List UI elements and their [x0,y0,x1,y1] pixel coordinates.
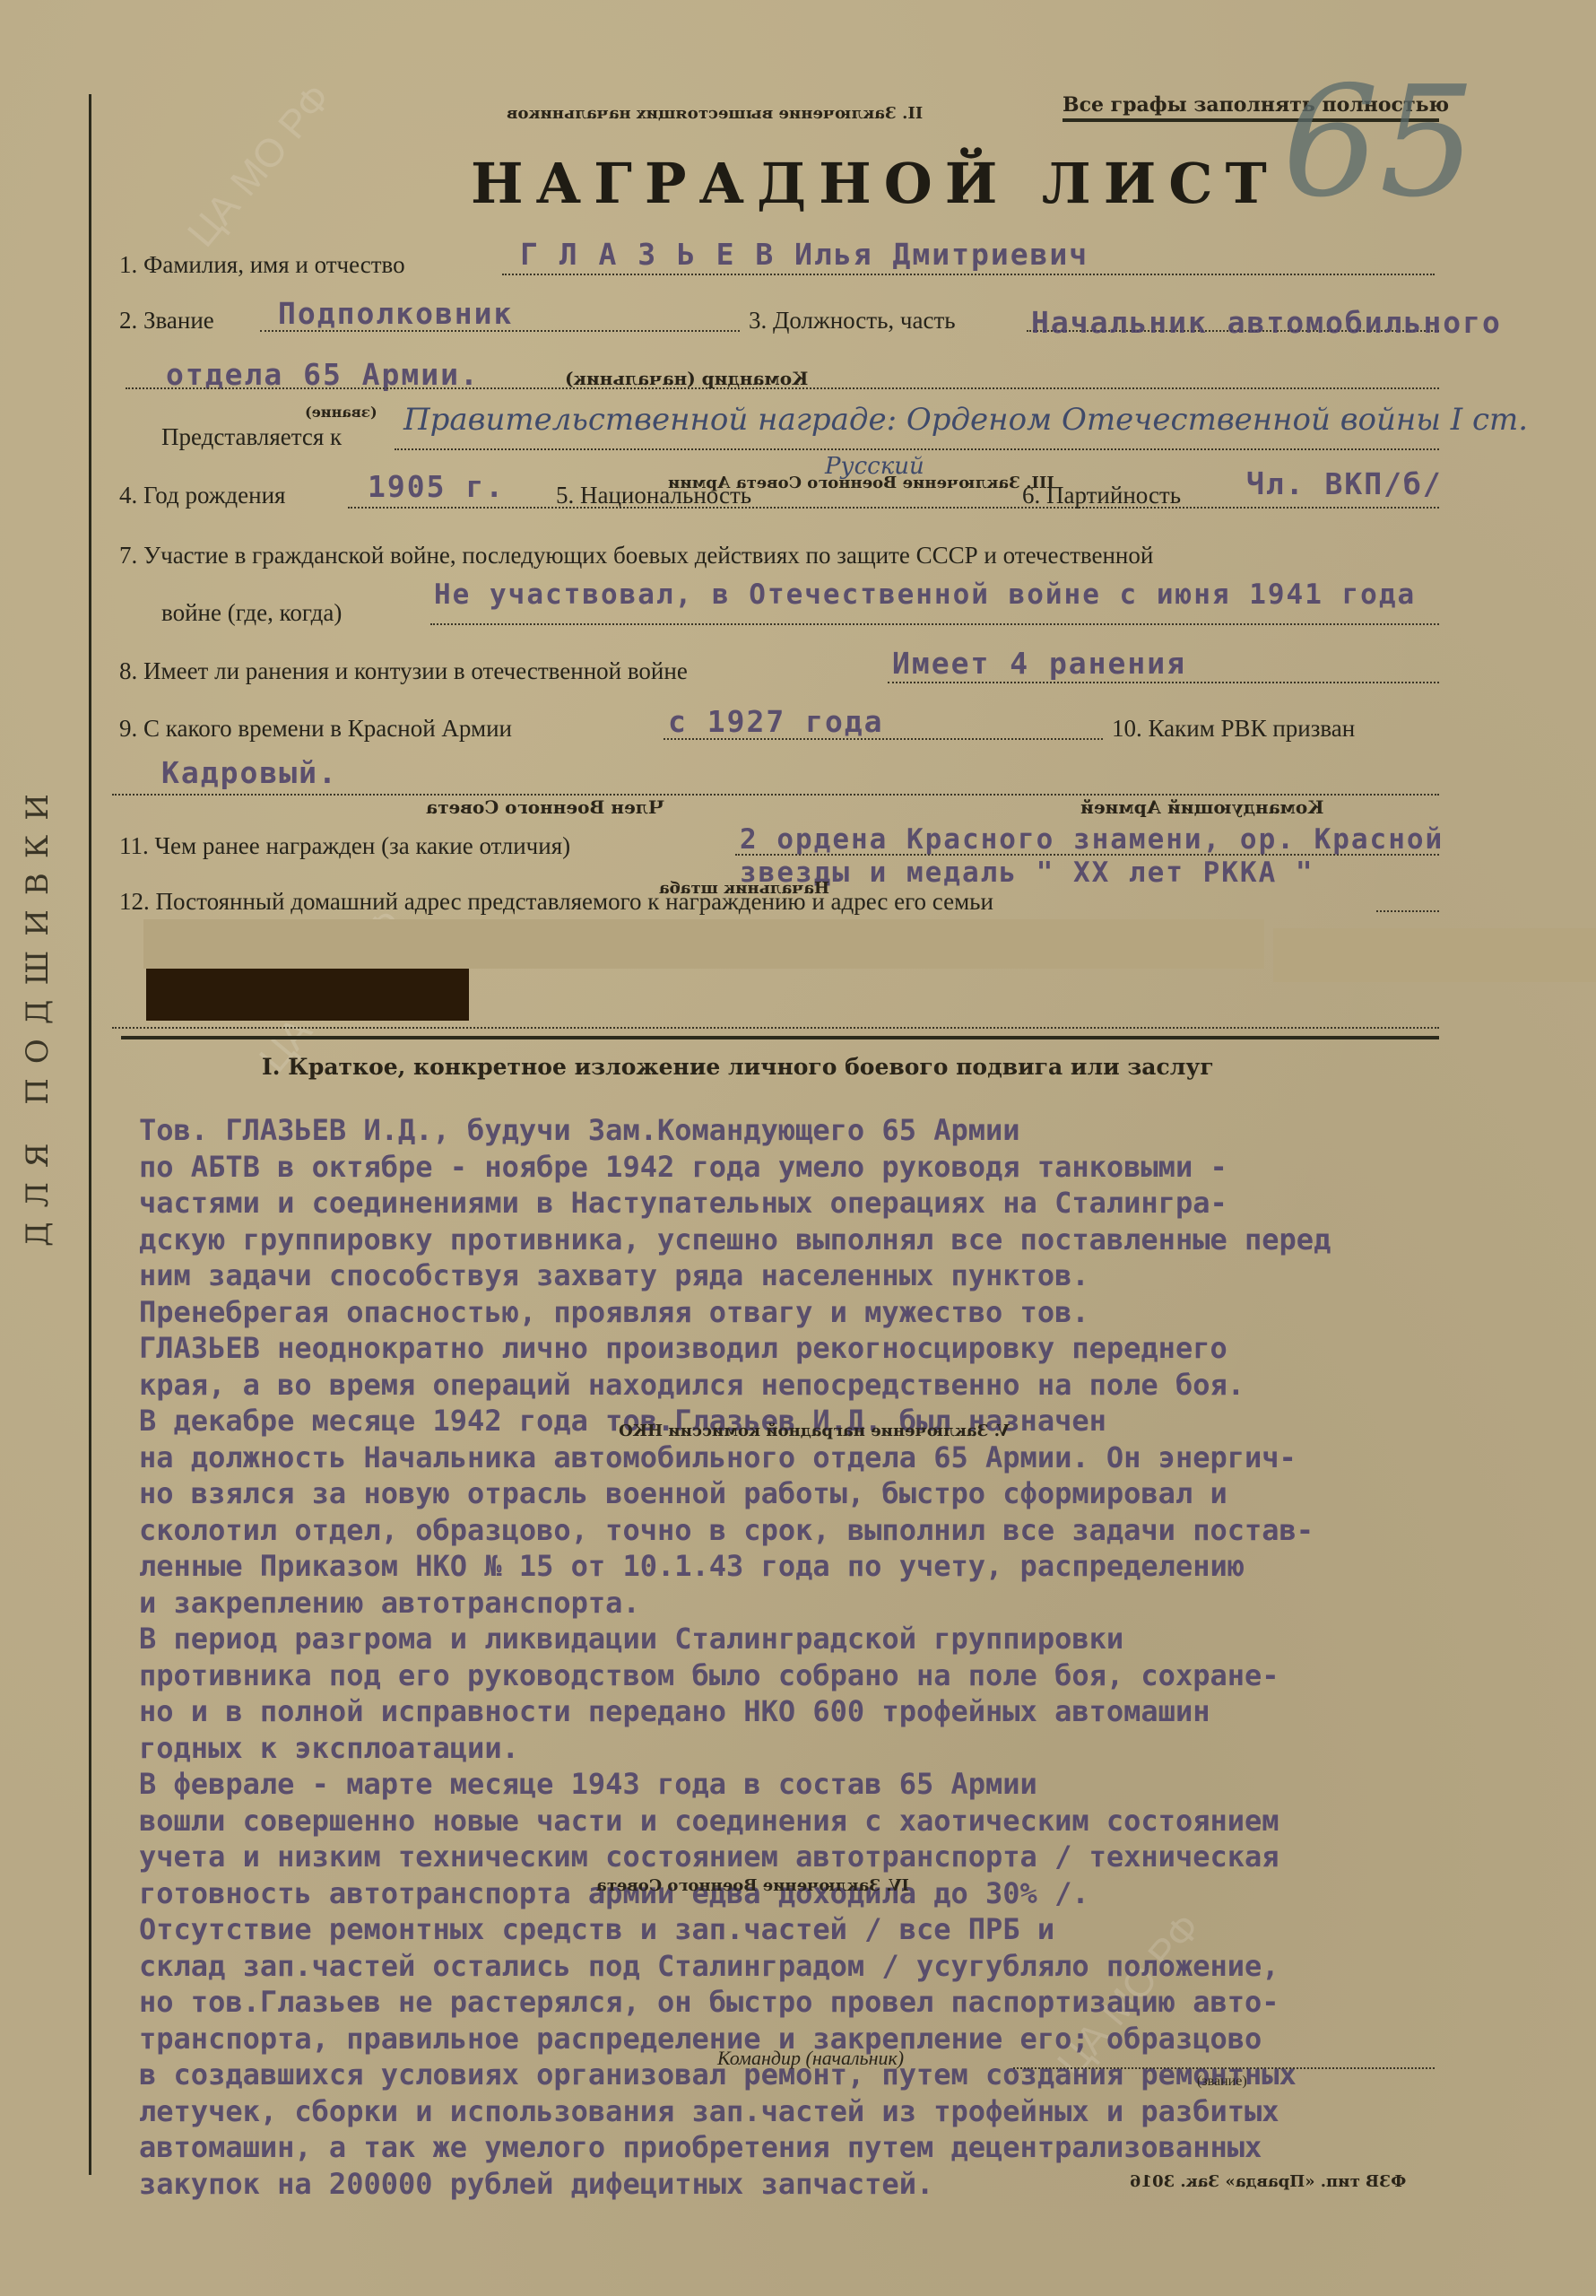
field-8-line [888,682,1439,683]
mirrored-army-commander-note: Командующий Армией [1080,796,1323,818]
field-2-label: 2. Звание [119,307,214,335]
field-2-value: Подполковник [278,296,513,331]
handwritten-number: 65 [1282,54,1476,231]
field-10-line [112,794,1439,796]
mirrored-council-member-note: Член Военного Совета [426,796,664,818]
field-12-line [1376,910,1439,912]
narrative-line: но взялся за новую отрасль военной работ… [139,1475,1592,1512]
field-3-value: Начальник автомобильного [1031,305,1502,340]
mirrored-staff-note: Начальник штаба [659,879,829,898]
field-10-value: Кадровый. [161,755,338,790]
section-divider [121,1036,1439,1039]
mirrored-council-note: III. Заключение Военного Совета Армии [668,474,1054,492]
narrative-line: но тов.Глазьев не растерялся, он быстро … [139,1984,1592,2021]
field-8-value: Имеет 4 ранения [892,646,1186,681]
narrative-line: годных к эксплоатации. [139,1730,1592,1767]
redaction-light [143,919,1264,969]
narrative-line: учета и низким техническим состоянием ав… [139,1839,1592,1875]
page-title: НАГРАДНОЙ ЛИСТ [471,151,1279,216]
mirrored-rank-note: (звание) [305,404,377,421]
mirrored-section-iv-note: IV. Заключение Военного Совета [596,1876,909,1895]
field-7-label: 7. Участие в гражданской войне, последую… [119,542,1153,570]
narrative-line: вошли совершенно новые части и соединени… [139,1803,1592,1839]
commander-signature-line [1013,2067,1435,2069]
narrative-line: ним задачи способствуя захвату ряда насе… [139,1257,1592,1294]
mirrored-header: II. Заключение вышестоящих начальников [507,104,923,123]
narrative-line: на должность Начальника автомобильного о… [139,1439,1592,1476]
presented-label: Представляется к [161,423,342,451]
field-7-value: Не участвовал, в Отечественной войне с и… [434,578,1416,611]
commander-signature-label: Командир (начальник) [717,2047,904,2070]
field-8-label: 8. Имеет ли ранения и контузии в отечест… [119,657,688,685]
field-1-value: Г Л А З Ь Е В Илья Дмитриевич [520,237,1089,272]
narrative-line: но и в полной исправности передано НКО 6… [139,1693,1592,1730]
narrative-line: летучек, сборки и использования зап.част… [139,2093,1592,2130]
field-6-label: 6. Партийность [1022,482,1181,509]
narrative-line: сколотил отдел, образцово, точно в срок,… [139,1512,1592,1549]
field-7-label-cont: войне (где, когда) [161,599,342,627]
field-4-value: 1905 г. [368,469,505,504]
field-3-label: 3. Должность, часть [749,307,956,335]
narrative-line: края, а во время операций находился непо… [139,1367,1592,1404]
field-4-line [348,507,1439,509]
field-7-line [430,623,1439,625]
field-10-label: 10. Каким РВК призван [1112,715,1355,743]
narrative-line: по АБТВ в октябре - ноябре 1942 года уме… [139,1149,1592,1186]
mirrored-commander-note: Командир (начальник) [565,368,808,389]
narrative-line: и закреплению автотранспорта. [139,1585,1592,1622]
field-4-label: 4. Год рождения [119,482,285,509]
narrative-line: Пренебрегая опасностью, проявляя отвагу … [139,1294,1592,1331]
field-1-label: 1. Фамилия, имя и отчество [119,251,405,279]
field-9-value: с 1927 года [668,704,884,739]
field-6-value: Чл. ВКП/б/ [1246,466,1443,501]
redaction-dark [146,969,469,1021]
watermark: ЦА МО РФ [179,76,340,256]
narrative-line: склад зап.частей остались под Сталинград… [139,1948,1592,1985]
field-9-label: 9. С какого времени в Красной Армии [119,715,512,743]
document-page: ЦА МО РФ ЦА МО РФ ЦА МО РФ ДЛЯ ПОДШИВКИ … [0,0,1596,2296]
binding-label: ДЛЯ ПОДШИВКИ [20,779,56,1247]
field-11-label: 11. Чем ранее награжден (за какие отличи… [119,832,570,860]
narrative-line: В период разгрома и ликвидации Сталингра… [139,1621,1592,1657]
narrative-line: частями и соединениями в Наступательных … [139,1185,1592,1222]
printer-mark: ФЗВ тип. «Правда» Зак. 3016 [1130,2172,1406,2191]
narrative-line: автомашин, а так же умелого приобретения… [139,2129,1592,2166]
field-11-value: 2 ордена Красного знамени, ор. Красной [740,823,1444,856]
presented-line [395,448,1439,450]
redaction-light [1273,928,1596,982]
narrative-line: противника под его руководством было соб… [139,1657,1592,1694]
section-heading: I. Краткое, конкретное изложение личного… [262,1054,1214,1080]
field-12-label: 12. Постоянный домашний адрес представля… [119,888,993,916]
narrative-line: Отсутствие ремонтных средств и зап.часте… [139,1911,1592,1948]
award-narrative: Тов. ГЛАЗЬЕВ И.Д., будучи Зам.Командующе… [139,1112,1592,2202]
address-line [112,1027,1439,1029]
binding-margin-line [89,94,91,2175]
narrative-line: ленные Приказом НКО № 15 от 10.1.43 года… [139,1548,1592,1585]
narrative-line: В феврале - марте месяце 1943 года в сос… [139,1766,1592,1803]
narrative-line: Тов. ГЛАЗЬЕВ И.Д., будучи Зам.Командующе… [139,1112,1592,1149]
presented-value: Правительственной награде: Орденом Отече… [403,402,1528,438]
narrative-line: ГЛАЗЬЕВ неоднократно лично производил ре… [139,1330,1592,1367]
narrative-line: дскую группировку противника, успешно вы… [139,1222,1592,1258]
rank-caption: (звание) [1197,2074,1247,2090]
mirrored-section-v-note: V. Заключение наградной комиссии НКО [619,1422,1010,1440]
field-1-line [502,274,1435,275]
